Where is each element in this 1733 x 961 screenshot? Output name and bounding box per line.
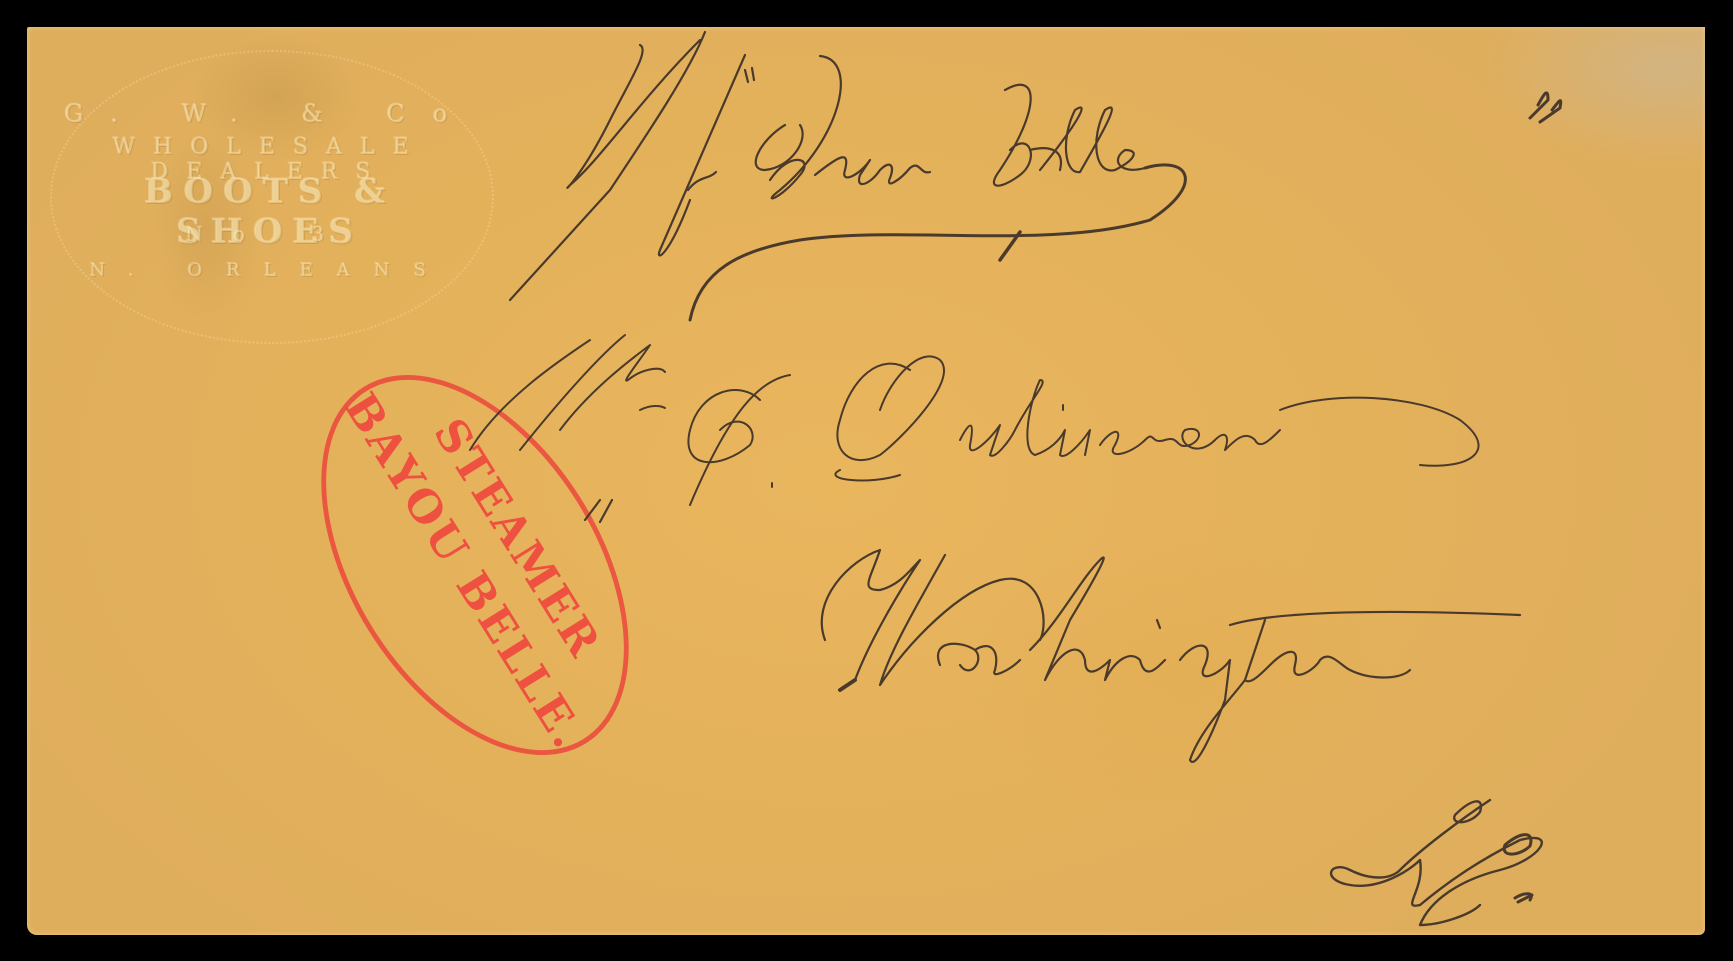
manuscript-ink	[0, 0, 1733, 961]
city-script	[822, 550, 1520, 762]
routing-script	[510, 32, 1561, 320]
state-script	[1331, 800, 1542, 925]
recipient-script	[470, 335, 1479, 522]
